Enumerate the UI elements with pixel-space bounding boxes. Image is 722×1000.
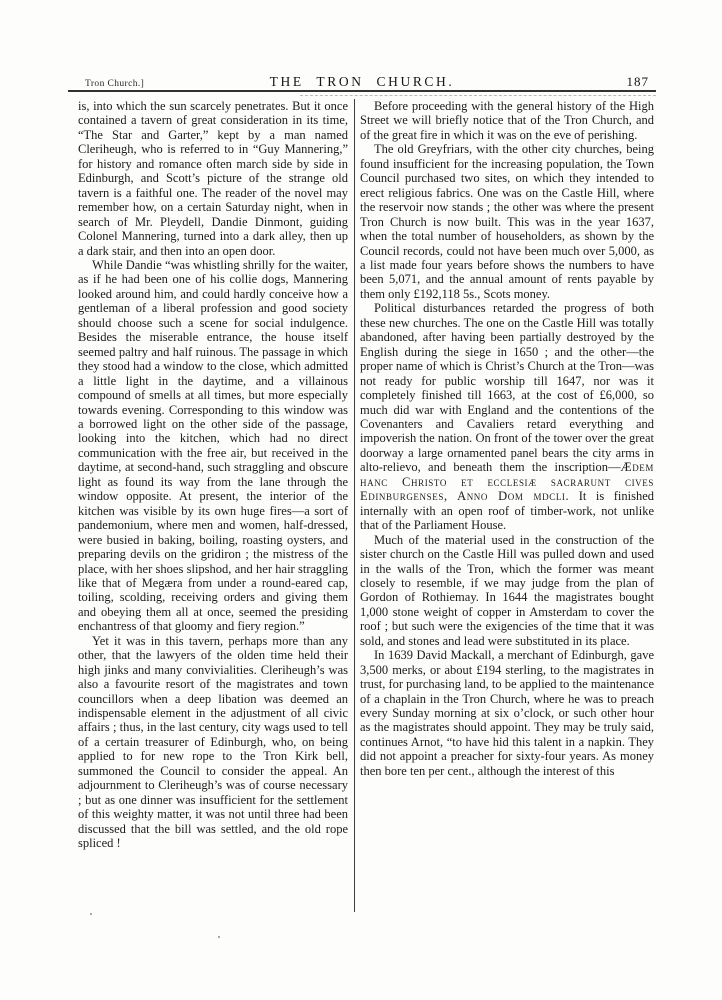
paragraph: Before proceeding with the general histo… [360,99,654,142]
right-column: Before proceeding with the general histo… [360,99,654,778]
paragraph: The old Greyfriars, with the other city … [360,142,654,301]
paragraph-continuation: is, into which the sun scarcely penetrat… [78,99,348,258]
paragraph: Yet it was in this tavern, perhaps more … [78,634,348,851]
scan-speck [218,936,220,938]
header-rule-echo [300,95,656,96]
paragraph-with-inscription: Political disturbances retarded the prog… [360,301,654,532]
left-column: is, into which the sun scarcely penetrat… [78,99,348,851]
paragraph-text: Political disturbances retarded the prog… [360,301,654,474]
text-block: is, into which the sun scarcely penetrat… [78,99,654,912]
paragraph: While Dandie “was whistling shrilly for … [78,258,348,634]
page-title: THE TRON CHURCH. [68,74,656,90]
scanned-book-page: Tron Church.] THE TRON CHURCH. 187 is, i… [0,0,722,1000]
paragraph: Much of the material used in the constru… [360,533,654,649]
running-header: Tron Church.] THE TRON CHURCH. 187 [68,73,656,90]
scan-speck [90,913,92,915]
header-rule [68,90,656,92]
paragraph: In 1639 David Mackall, a merchant of Edi… [360,648,654,778]
page-number: 187 [627,74,650,90]
column-divider-rule [354,99,355,912]
